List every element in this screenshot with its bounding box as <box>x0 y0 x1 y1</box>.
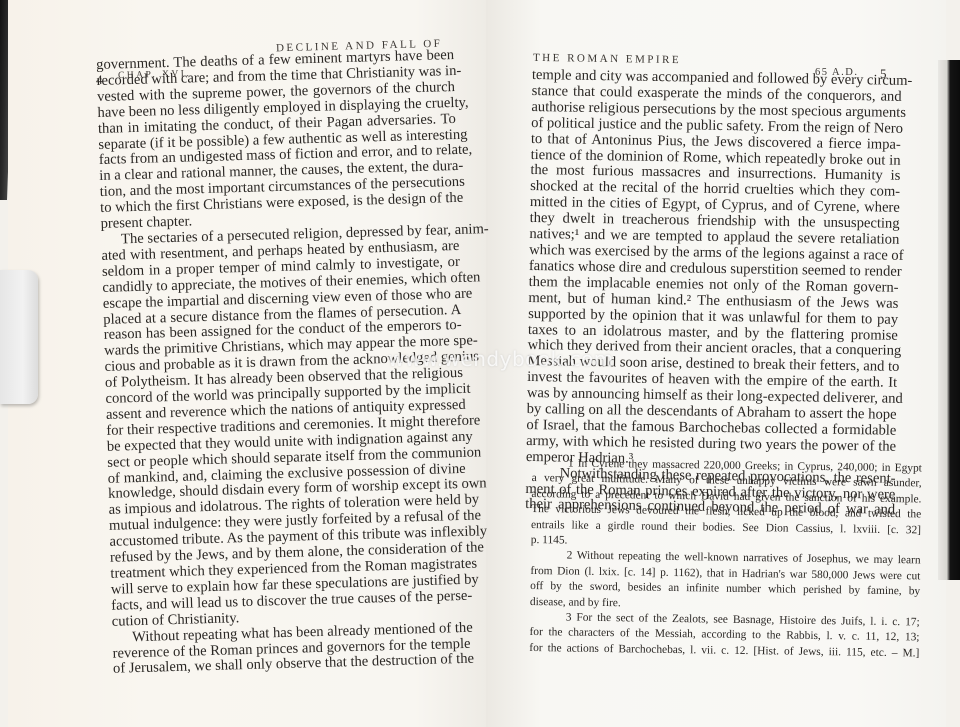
bookmark-tab <box>0 270 38 404</box>
book-cover-edge-right <box>938 60 960 580</box>
watermark: www.wendybook.com <box>388 347 614 371</box>
running-head-title-right: THE ROMAN EMPIRE <box>533 52 681 66</box>
right-page-body: temple and city was accompanied and foll… <box>525 68 902 519</box>
footnotes: 1 In Cyrene they massacred 220,000 Greek… <box>529 456 922 662</box>
